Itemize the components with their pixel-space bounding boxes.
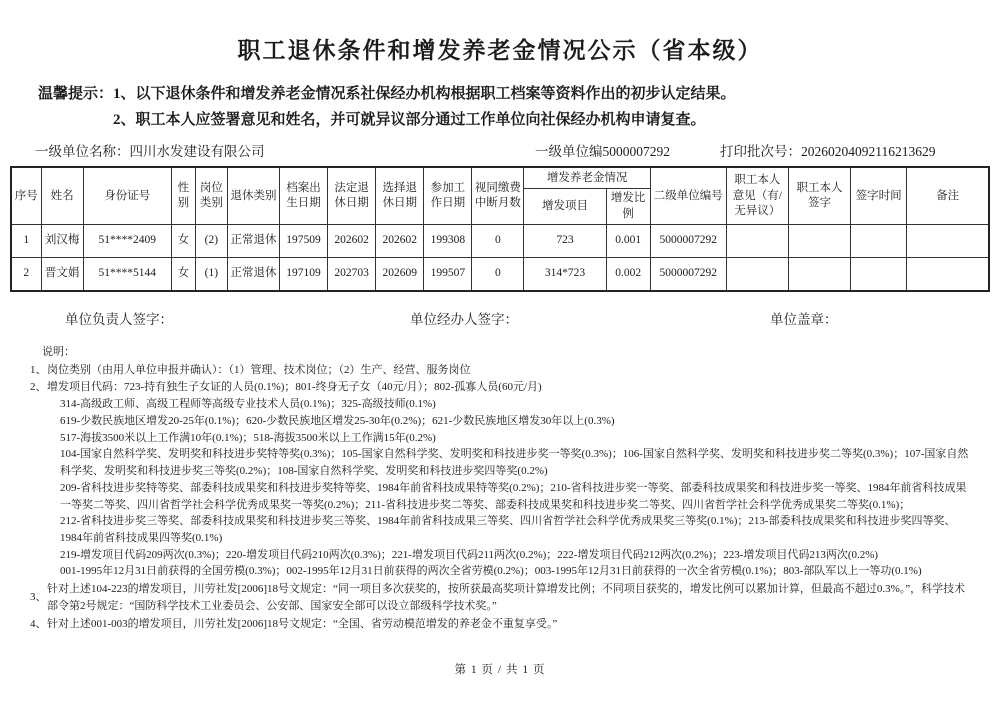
cell-post-type: (2)	[195, 225, 227, 258]
cell-name: 晋文娟	[41, 258, 83, 292]
col-header-extra-group: 增发养老金情况	[524, 167, 650, 189]
notice-line-1: 1、以下退休条件和增发养老金情况系社保经办机构根据职工档案等资料作出的初步认定结…	[113, 81, 1000, 107]
col-header-id-number: 身份证号	[83, 167, 171, 225]
note-subline: 104-国家自然科学奖、发明奖和科技进步奖特等奖(0.3%)；105-国家自然科…	[60, 446, 972, 479]
cell-extra-ratio: 0.001	[606, 225, 650, 258]
col-header-name: 姓名	[41, 167, 83, 225]
note-subline: 517-海拔3500米以上工作满10年(0.1%)；518-海拔3500米以上工…	[60, 430, 972, 447]
table-row: 2 晋文娟 51****5144 女 (1) 正常退休 197109 20270…	[11, 258, 989, 292]
notice-label: 温馨提示：	[38, 81, 113, 134]
note-label: 3、	[30, 589, 47, 606]
notice-lines: 1、以下退休条件和增发养老金情况系社保经办机构根据职工档案等资料作出的初步认定结…	[113, 81, 1000, 134]
cell-sign-time	[851, 258, 907, 292]
print-batch: 打印批次号：20260204092116213629	[720, 140, 936, 160]
cell-deemed-pause: 0	[472, 258, 524, 292]
table-row: 1 刘汉梅 51****2409 女 (2) 正常退休 197509 20260…	[11, 225, 989, 258]
note-subline: 619-少数民族地区增发20-25年(0.1%)；620-少数民族地区增发25-…	[60, 413, 972, 430]
unit-name-value: 四川水发建设有限公司	[130, 144, 265, 159]
cell-archive-birth: 197109	[280, 258, 328, 292]
note-text: 岗位类别（由用人单位申报并确认）：（1）管理、技术岗位；（2）生产、经营、服务岗…	[47, 362, 972, 379]
cell-gender: 女	[171, 225, 195, 258]
note-subline: 001-1995年12月31日前获得的全国劳模(0.3%)；002-1995年1…	[60, 563, 972, 580]
cell-chosen-retire: 202602	[376, 225, 424, 258]
cell-id-number: 51****2409	[83, 225, 171, 258]
cell-extra-ratio: 0.002	[606, 258, 650, 292]
public-notice-page: 职工退休条件和增发养老金情况公示（省本级） 温馨提示： 1、以下退休条件和增发养…	[0, 0, 1000, 707]
cell-legal-retire: 202703	[328, 258, 376, 292]
page-title: 职工退休条件和增发养老金情况公示（省本级）	[0, 0, 1000, 65]
note-subline: 219-增发项目代码209两次(0.3%)；220-增发项目代码210两次(0.…	[60, 547, 972, 564]
cell-sub-unit-code: 5000007292	[650, 258, 726, 292]
cell-archive-birth: 197509	[280, 225, 328, 258]
unit-name: 一级单位名称：四川水发建设有限公司	[35, 140, 265, 160]
signature-row: 单位负责人签字： 单位经办人签字： 单位盖章：	[0, 308, 1000, 334]
cell-signature	[788, 258, 850, 292]
cell-work-start: 199507	[424, 258, 472, 292]
cell-sign-time	[851, 225, 907, 258]
cell-work-start: 199308	[424, 225, 472, 258]
cell-opinion	[726, 225, 788, 258]
unit-code-value: 5000007292	[603, 144, 671, 159]
cell-seq: 2	[11, 258, 41, 292]
note-subline: 209-省科技进步奖特等奖、部委科技成果奖和科技进步奖特等奖、1984年前省科技…	[60, 480, 972, 513]
note-label: 4、	[30, 616, 47, 633]
cell-remark	[907, 225, 989, 258]
notes-section: 说明： 1、 岗位类别（由用人单位申报并确认）：（1）管理、技术岗位；（2）生产…	[30, 344, 972, 632]
note-text: 针对上述104-223的增发项目，川劳社发[2006]18号文规定：“同一项目多…	[47, 581, 972, 614]
cell-seq: 1	[11, 225, 41, 258]
note-item-4: 4、 针对上述001-003的增发项目，川劳社发[2006]18号文规定：“全国…	[30, 616, 972, 633]
note-item-2: 2、 增发项目代码：723-持有独生子女证的人员(0.1%)；801-终身无子女…	[30, 379, 972, 580]
col-header-legal-retire: 法定退休日期	[328, 167, 376, 225]
cell-deemed-pause: 0	[472, 225, 524, 258]
note-label: 1、	[30, 362, 47, 379]
cell-retire-type: 正常退休	[227, 225, 279, 258]
col-header-post-type: 岗位类别	[195, 167, 227, 225]
unit-name-label: 一级单位名称：	[35, 144, 130, 159]
unit-code-label: 一级单位编	[535, 144, 603, 159]
cell-gender: 女	[171, 258, 195, 292]
note-item-1: 1、 岗位类别（由用人单位申报并确认）：（1）管理、技术岗位；（2）生产、经营、…	[30, 362, 972, 379]
cell-extra-item: 314*723	[524, 258, 606, 292]
notes-heading: 说明：	[42, 344, 972, 361]
notice-block: 温馨提示： 1、以下退休条件和增发养老金情况系社保经办机构根据职工档案等资料作出…	[38, 81, 1000, 134]
meta-row: 一级单位名称：四川水发建设有限公司 一级单位编5000007292 打印批次号：…	[0, 140, 1000, 162]
cell-opinion	[726, 258, 788, 292]
cell-remark	[907, 258, 989, 292]
retirement-roster-table: 序号 姓名 身份证号 性别 岗位类别 退休类别 档案出生日期 法定退休日期 选择…	[10, 166, 990, 293]
note-text-main: 增发项目代码：723-持有独生子女证的人员(0.1%)；801-终身无子女（40…	[47, 379, 972, 396]
cell-extra-item: 723	[524, 225, 606, 258]
col-header-chosen-retire: 选择退休日期	[376, 167, 424, 225]
cell-name: 刘汉梅	[41, 225, 83, 258]
page-number: 第 1 页 / 共 1 页	[0, 661, 1000, 677]
manager-signature-label: 单位负责人签字：	[65, 308, 173, 328]
cell-sub-unit-code: 5000007292	[650, 225, 726, 258]
note-subline: 212-省科技进步奖三等奖、部委科技成果奖和科技进步奖三等奖、1984年前省科技…	[60, 513, 972, 546]
note-subline: 314-高级政工师、高级工程师等高级专业技术人员(0.1%)；325-高级技师(…	[60, 396, 972, 413]
col-header-gender: 性别	[171, 167, 195, 225]
note-sublines: 314-高级政工师、高级工程师等高级专业技术人员(0.1%)；325-高级技师(…	[60, 396, 972, 580]
col-header-extra-ratio: 增发比例	[606, 189, 650, 225]
note-text: 增发项目代码：723-持有独生子女证的人员(0.1%)；801-终身无子女（40…	[47, 379, 972, 580]
cell-id-number: 51****5144	[83, 258, 171, 292]
col-header-extra-item: 增发项目	[524, 189, 606, 225]
col-header-signature: 职工本人签字	[788, 167, 850, 225]
col-header-work-start: 参加工作日期	[424, 167, 472, 225]
note-label: 2、	[30, 379, 47, 580]
cell-chosen-retire: 202609	[376, 258, 424, 292]
col-header-remark: 备注	[907, 167, 989, 225]
cell-retire-type: 正常退休	[227, 258, 279, 292]
print-batch-label: 打印批次号：	[720, 144, 801, 159]
handler-signature-label: 单位经办人签字：	[410, 308, 518, 328]
col-header-sub-unit-code: 二级单位编号	[650, 167, 726, 225]
col-header-retire-type: 退休类别	[227, 167, 279, 225]
cell-signature	[788, 225, 850, 258]
unit-code: 一级单位编5000007292	[535, 140, 670, 160]
cell-legal-retire: 202602	[328, 225, 376, 258]
col-header-sign-time: 签字时间	[851, 167, 907, 225]
col-header-opinion: 职工本人意见（有/无异议）	[726, 167, 788, 225]
col-header-deemed-pause: 视同缴费中断月数	[472, 167, 524, 225]
col-header-seq: 序号	[11, 167, 41, 225]
unit-seal-label: 单位盖章：	[770, 308, 838, 328]
col-header-archive-birth: 档案出生日期	[280, 167, 328, 225]
cell-post-type: (1)	[195, 258, 227, 292]
note-item-3: 3、 针对上述104-223的增发项目，川劳社发[2006]18号文规定：“同一…	[30, 581, 972, 614]
print-batch-value: 20260204092116213629	[801, 144, 936, 159]
notice-line-2: 2、职工本人应签署意见和姓名，并可就异议部分通过工作单位向社保经办机构申请复查。	[113, 107, 1000, 133]
note-text: 针对上述001-003的增发项目，川劳社发[2006]18号文规定：“全国、省劳…	[47, 616, 972, 633]
